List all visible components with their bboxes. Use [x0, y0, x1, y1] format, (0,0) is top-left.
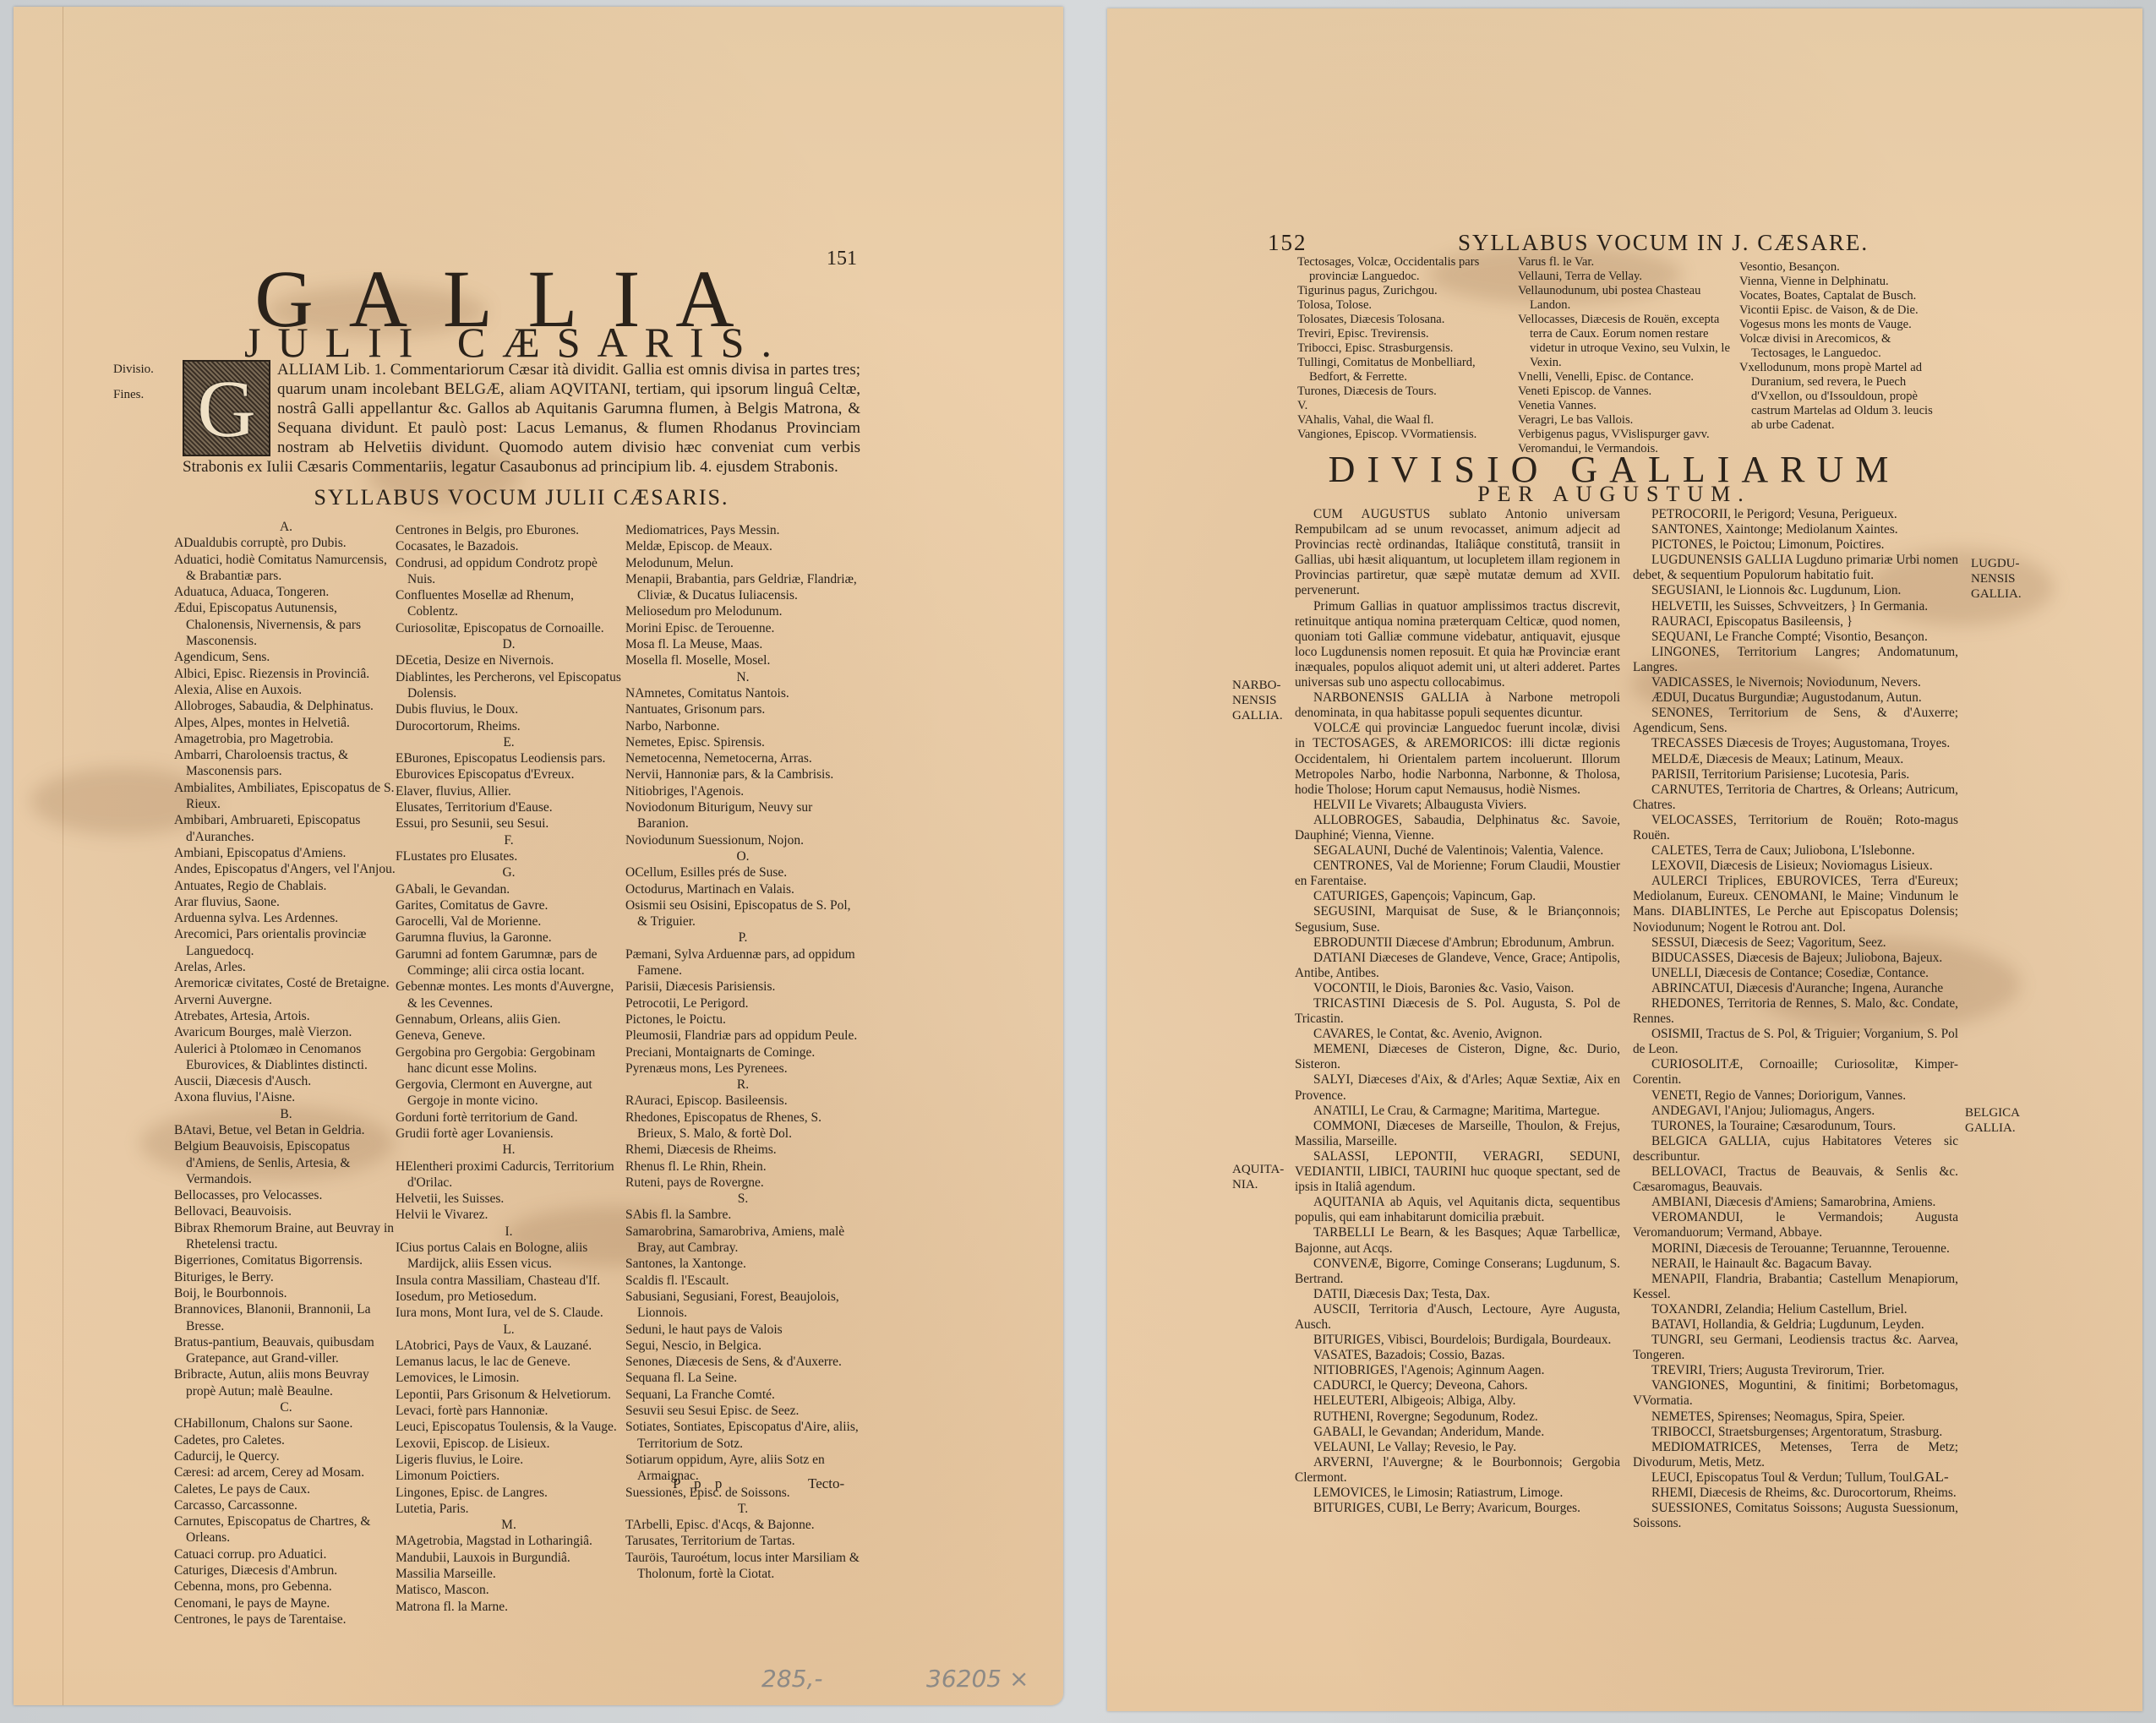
list-entry: RAuraci, Episcop. Basileensis.	[625, 1093, 860, 1109]
list-entry: SEQUANI, Le Franche Compté; Visontio, Be…	[1633, 630, 1958, 645]
list-entry: ADualdubis corruptè, pro Dubis.	[174, 535, 398, 551]
list-entry: VOCONTII, le Diois, Baronies &c. Vasio, …	[1295, 981, 1620, 996]
section-letter: F.	[396, 832, 622, 848]
list-entry: Veneti Episcop. de Vannes.	[1518, 384, 1733, 399]
list-entry: Grudii fortè ager Lovaniensis.	[396, 1126, 622, 1142]
list-entry: Menapii, Brabantia, pars Geldriæ, Flandr…	[625, 571, 860, 604]
list-entry: Cocasates, le Bazadois.	[396, 538, 622, 554]
list-entry: Massilia Marseille.	[396, 1566, 622, 1582]
list-entry: CURIOSOLITÆ, Cornoaille; Curiosolitæ, Ki…	[1633, 1057, 1958, 1088]
list-entry: Cenomani, le pays de Mayne.	[174, 1595, 398, 1611]
list-entry: Verbigenus pagus, VVislispurger gavv.	[1518, 428, 1733, 442]
list-entry: Garumna fluvius, la Garonne.	[396, 930, 622, 946]
list-entry: Gergobina pro Gergobia: Gergobinam hanc …	[396, 1044, 622, 1077]
list-entry: Mediomatrices, Pays Messin.	[625, 522, 860, 538]
list-entry: DEcetia, Desize en Nivernois.	[396, 652, 622, 668]
list-entry: MEDIOMATRICES, Metenses, Terra de Metz; …	[1633, 1440, 1958, 1470]
list-entry: Vogesus mons les monts de Vauge.	[1739, 318, 1946, 332]
list-entry: Lemovices, le Limosin.	[396, 1370, 622, 1386]
list-entry: ANDEGAVI, l'Anjou; Juliomagus, Angers.	[1633, 1104, 1958, 1119]
list-entry: GABALI, le Gevandan; Anderidum, Mande.	[1295, 1425, 1620, 1440]
list-entry: NERAII, le Hainault &c. Bagacum Bavay.	[1633, 1257, 1958, 1272]
list-entry: LEXOVII, Diæcesis de Lisieux; Noviomagus…	[1633, 859, 1958, 874]
page-number: 152	[1268, 230, 1307, 256]
list-entry: Belgium Beauvoisis, Episcopatus d'Amiens…	[174, 1138, 398, 1187]
list-entry: Pictones, le Poictu.	[625, 1011, 860, 1028]
list-entry: Caletes, Le pays de Caux.	[174, 1481, 398, 1497]
list-entry: CUM AUGUSTUS sublato Antonio universam R…	[1295, 507, 1620, 599]
list-entry: Bituriges, le Berry.	[174, 1269, 398, 1285]
list-entry: Pyrenæus mons, Les Pyrenees.	[625, 1061, 860, 1077]
pencil-inventory-note: 36205 ×	[926, 1665, 1029, 1693]
list-entry: Morini Episc. de Terouenne.	[625, 620, 860, 636]
list-entry: TREVIRI, Triers; Augusta Trevirorum, Tri…	[1633, 1363, 1958, 1378]
list-entry: Alpes, Alpes, montes in Helvetiâ.	[174, 715, 398, 731]
list-entry: Lemanus lacus, le lac de Geneve.	[396, 1354, 622, 1370]
list-entry: Matrona fl. la Marne.	[396, 1599, 622, 1615]
section-letter: L.	[396, 1322, 622, 1338]
list-entry: Arduenna sylva. Les Ardennes.	[174, 910, 398, 926]
section-subtitle: PER AUGUSTUM.	[1276, 482, 1952, 507]
list-entry: Garites, Comitatus de Gavre.	[396, 897, 622, 913]
list-entry: Atrebates, Artesia, Artois.	[174, 1008, 398, 1024]
list-entry: TRECASSES Diæcesis de Troyes; Augustoman…	[1633, 736, 1958, 751]
list-entry: Bribracte, Autun, aliis mons Beuvray pro…	[174, 1366, 398, 1399]
list-entry: Vellaunodunum, ubi postea Chasteau Lando…	[1518, 284, 1733, 313]
list-entry: Nantuates, Grisonum pars.	[625, 701, 860, 717]
list-entry: CADURCI, le Quercy; Deveona, Cahors.	[1295, 1378, 1620, 1393]
list-entry: Limonum Poictiers.	[396, 1468, 622, 1484]
list-entry: Ambiani, Episcopatus d'Amiens.	[174, 845, 398, 861]
list-entry: VELOCASSES, Territorium de Rouën; Roto-m…	[1633, 813, 1958, 843]
list-entry: Cæresi: ad arcem, Cerey ad Mosam.	[174, 1464, 398, 1480]
list-entry: Bigerriones, Comitatus Bigorrensis.	[174, 1252, 398, 1268]
list-entry: Octodurus, Martinach en Valais.	[625, 881, 860, 897]
list-entry: CONVENÆ, Bigorre, Cominge Conserans; Lug…	[1295, 1257, 1620, 1287]
list-entry: Mosella fl. Moselle, Mosel.	[625, 652, 860, 668]
list-entry: Aulerici à Ptolomæo in Cenomanos Eburovi…	[174, 1041, 398, 1074]
section-letter: T.	[625, 1501, 860, 1517]
list-entry: Allobroges, Sabaudia, & Delphinatus.	[174, 698, 398, 714]
list-entry: Alexia, Alise en Auxois.	[174, 682, 398, 698]
list-entry: SALYI, Diæceses d'Aix, & d'Arles; Aquæ S…	[1295, 1072, 1620, 1103]
list-entry: Rhedones, Episcopatus de Rhenes, S. Brie…	[625, 1110, 860, 1142]
pencil-price-note: 285,-	[761, 1665, 822, 1693]
list-entry: V.	[1297, 399, 1504, 413]
list-entry: Ambarri, Charoloensis tractus, & Mascone…	[174, 747, 398, 780]
section-letter: G.	[396, 864, 622, 881]
list-entry: HElentheri proximi Cadurcis, Territorium…	[396, 1159, 622, 1191]
list-entry: BIDUCASSES, Diæcesis de Bajeux; Juliobon…	[1633, 951, 1958, 966]
list-entry: MEMENI, Diæceses de Cisteron, Digne, &c.…	[1295, 1042, 1620, 1072]
list-entry: Lexovii, Episcop. de Lisieux.	[396, 1436, 622, 1452]
list-entry: TARBELLI Le Bearn, & les Basques; Aquæ T…	[1295, 1225, 1620, 1256]
list-entry: Geneva, Geneve.	[396, 1028, 622, 1044]
list-entry: VENETI, Regio de Vannes; Doriorigum, Van…	[1633, 1088, 1958, 1104]
list-entry: Mosa fl. La Meuse, Maas.	[625, 636, 860, 652]
list-entry: Condrusi, ad oppidum Condrotz propè Nuis…	[396, 555, 622, 588]
list-entry: NEMETES, Spirenses; Neomagus, Spira, Spe…	[1633, 1409, 1958, 1425]
list-entry: Gergovia, Clermont en Auvergne, aut Gerg…	[396, 1077, 622, 1110]
list-entry: RUTHENI, Rovergne; Segodunum, Rodez.	[1295, 1409, 1620, 1425]
list-entry: Sequana fl. La Seine.	[625, 1370, 860, 1386]
list-entry: AULERCI Triplices, EBUROVICES, Terra d'E…	[1633, 874, 1958, 935]
list-entry: Tullingi, Comitatus de Monbelliard, Bedf…	[1297, 356, 1504, 384]
list-entry: DATII, Diæcesis Dax; Testa, Dax.	[1295, 1287, 1620, 1302]
list-entry: Veragri, Le bas Vallois.	[1518, 413, 1733, 428]
list-entry: Nervii, Hannoniæ pars, & la Cambrisis.	[625, 766, 860, 782]
list-entry: Arar fluvius, Saone.	[174, 894, 398, 910]
list-entry: Venetia Vannes.	[1518, 399, 1733, 413]
list-entry: Ligeris fluvius, le Loire.	[396, 1452, 622, 1468]
list-entry: CAVARES, le Contat, &c. Avenio, Avignon.	[1295, 1027, 1620, 1042]
list-entry: Nemetocenna, Nemetocerna, Arras.	[625, 750, 860, 766]
section-letter: H.	[396, 1142, 622, 1158]
list-entry: Lingones, Episc. de Langres.	[396, 1485, 622, 1501]
list-entry: Helvii le Vivarez.	[396, 1207, 622, 1223]
list-entry: Dubis fluvius, le Doux.	[396, 701, 622, 717]
list-entry: Carnutes, Episcopatus de Chartres, & Orl…	[174, 1513, 398, 1546]
list-entry: Agendicum, Sens.	[174, 649, 398, 665]
list-entry: ABRINCATUI, Diæcesis d'Auranche; Ingena,…	[1633, 981, 1958, 996]
section-letter: I.	[396, 1224, 622, 1240]
list-entry: PICTONES, le Poictou; Limonum, Poictires…	[1633, 537, 1958, 553]
list-entry: Bibrax Rhemorum Braine, aut Beuvray in R…	[174, 1220, 398, 1253]
list-entry: Samarobrina, Samarobriva, Amiens, malè B…	[625, 1224, 860, 1257]
list-entry: MELDÆ, Diæcesis de Meaux; Latinum, Meaux…	[1633, 752, 1958, 767]
list-entry: Amagetrobia, pro Magetrobia.	[174, 731, 398, 747]
list-entry: TArbelli, Episc. d'Acqs, & Bajonne.	[625, 1517, 860, 1533]
list-entry: LEMOVICES, le Limosin; Ratiastrum, Limog…	[1295, 1486, 1620, 1501]
list-entry: Segui, Nescio, in Belgica.	[625, 1338, 860, 1354]
list-entry: SESSUI, Diæcesis de Seez; Vagoritum, See…	[1633, 935, 1958, 951]
list-entry: SEGALAUNI, Duché de Valentinois; Valenti…	[1295, 843, 1620, 859]
list-entry: FLustates pro Elusates.	[396, 848, 622, 864]
list-entry: Rhemi, Diæcesis de Rheims.	[625, 1142, 860, 1158]
right-page: 152 SYLLABUS VOCUM IN J. CÆSARE. Tectosa…	[1107, 8, 2142, 1711]
list-entry: CATURIGES, Gapençois; Vapincum, Gap.	[1295, 889, 1620, 904]
list-entry: AUSCII, Territoria d'Ausch, Lectoure, Ay…	[1295, 1302, 1620, 1333]
division-column-left: CUM AUGUSTUS sublato Antonio universam R…	[1295, 507, 1620, 1516]
list-entry: BATAVI, Hollandia, & Geldria; Lugdunum, …	[1633, 1317, 1958, 1333]
list-entry: Gebennæ montes. Les monts d'Auvergne, & …	[396, 979, 622, 1011]
list-entry: Vicontii Episc. de Vaison, & de Die.	[1739, 303, 1946, 318]
list-entry: Centrones, le pays de Tarentaise.	[174, 1611, 398, 1628]
list-entry: NARBONENSIS GALLIA à Narbone metropoli d…	[1295, 690, 1620, 721]
list-entry: Garumni ad fontem Garumnæ, pars de Commi…	[396, 946, 622, 979]
list-entry: Helvetii, les Suisses.	[396, 1191, 622, 1207]
list-entry: Insula contra Massiliam, Chasteau d'If.	[396, 1273, 622, 1289]
list-entry: BAtavi, Betue, vel Betan in Geldria.	[174, 1122, 398, 1138]
list-entry: Osismii seu Osisini, Episcopatus de S. P…	[625, 897, 860, 930]
list-entry: Boij, le Bourbonnois.	[174, 1285, 398, 1301]
list-entry: Preciani, Montaignarts de Cominge.	[625, 1044, 860, 1061]
list-entry: VEROMANDUI, le Vermandois; Augusta Verom…	[1633, 1210, 1958, 1240]
list-entry: Mandubii, Lauxois in Burgundiâ.	[396, 1550, 622, 1566]
list-entry: Varus fl. le Var.	[1518, 255, 1733, 270]
list-entry: Aremoricæ civitates, Costé de Bretaigne.	[174, 975, 398, 991]
left-page: 151 GALLIA JULII CÆSARIS. Divisio. Fines…	[14, 7, 1063, 1705]
list-entry: Eburovices Episcopatus d'Evreux.	[396, 766, 622, 782]
list-entry: Curiosolitæ, Episcopatus de Cornoaille.	[396, 620, 622, 636]
list-entry: VANGIONES, Moguntini, & finitimi; Borbet…	[1633, 1378, 1958, 1409]
list-entry: HELVETII, les Suisses, Schvveitzers, } I…	[1633, 599, 1958, 614]
list-entry: Senones, Diæcesis de Sens, & d'Auxerre.	[625, 1354, 860, 1370]
list-entry: Vienna, Vienne in Delphinatu.	[1739, 275, 1946, 289]
list-entry: Seduni, le haut pays de Valois	[625, 1322, 860, 1338]
list-entry: BELGICA GALLIA, cujus Habitatores Vetere…	[1633, 1134, 1958, 1164]
list-entry: Sotiates, Sontiates, Episcopatus d'Aire,…	[625, 1419, 860, 1452]
list-entry: Noviodunum Suessionum, Nojon.	[625, 832, 860, 848]
list-entry: Matisco, Mascon.	[396, 1582, 622, 1598]
list-entry: CARNUTES, Territoria de Chartres, & Orle…	[1633, 782, 1958, 813]
catchword: GAL-	[1914, 1469, 1949, 1486]
syllabus-column-v1: Varus fl. le Var.Vellauni, Terra de Vell…	[1518, 255, 1733, 456]
list-entry: RHEMI, Diæcesis de Rheims, &c. Durocorto…	[1633, 1486, 1958, 1501]
list-entry: Aduatuca, Aduaca, Tongeren.	[174, 584, 398, 600]
list-entry: Nitiobriges, l'Agenois.	[625, 783, 860, 799]
list-entry: DATIANI Diæceses de Glandeve, Vence, Gra…	[1295, 951, 1620, 981]
list-entry: Primum Gallias in quatuor amplissimos tr…	[1295, 599, 1620, 691]
syllabus-column-t: Tectosages, Volcæ, Occidentalis pars pro…	[1297, 255, 1504, 442]
margin-note-divisio: Divisio.	[113, 362, 154, 377]
list-entry: Rhenus fl. Le Rhin, Rhein.	[625, 1159, 860, 1175]
running-head: SYLLABUS VOCUM IN J. CÆSARE.	[1458, 230, 1869, 256]
list-entry: Vellauni, Terra de Vellay.	[1518, 270, 1733, 284]
list-entry: Noviodonum Biturigum, Neuvy sur Baranion…	[625, 799, 860, 832]
list-entry: Leuci, Episcopatus Toulensis, & la Vauge…	[396, 1419, 622, 1435]
list-entry: NITIOBRIGES, l'Agenois; Aginnum Aagen.	[1295, 1363, 1620, 1378]
syllabus-column-2: Centrones in Belgis, pro Eburones.Cocasa…	[396, 522, 622, 1615]
list-entry: LAtobrici, Pays de Vaux, & Lauzané.	[396, 1338, 622, 1354]
list-entry: Bellovaci, Beauvoisis.	[174, 1203, 398, 1219]
list-entry: SAbis fl. la Sambre.	[625, 1207, 860, 1223]
list-entry: Carcasso, Carcassonne.	[174, 1497, 398, 1513]
list-entry: Levaci, fortè pars Hannoniæ.	[396, 1403, 622, 1419]
section-letter: E.	[396, 734, 622, 750]
list-entry: Diablintes, les Percherons, vel Episcopa…	[396, 669, 622, 702]
list-entry: BITURIGES, Vibisci, Bourdelois; Burdigal…	[1295, 1333, 1620, 1348]
section-letter: B.	[174, 1106, 398, 1122]
signature-mark: P p p	[673, 1475, 727, 1492]
list-entry: SALASSI, LEPONTII, VERAGRI, SEDUNI, VEDI…	[1295, 1149, 1620, 1195]
list-entry: EBRODUNTII Diæcese d'Ambrun; Ebrodunum, …	[1295, 935, 1620, 951]
list-entry: CHabillonum, Chalons sur Saone.	[174, 1415, 398, 1431]
list-entry: Sesuvii seu Sesui Episc. de Seez.	[625, 1403, 860, 1419]
section-letter: M.	[396, 1517, 622, 1533]
list-entry: Tectosages, Volcæ, Occidentalis pars pro…	[1297, 255, 1504, 284]
list-entry: SUESSIONES, Comitatus Soissons; Augusta …	[1633, 1501, 1958, 1531]
list-entry: MORINI, Diæcesis de Terouanne; Teruannne…	[1633, 1241, 1958, 1257]
catchword: Tecto-	[808, 1475, 844, 1492]
list-entry: Santones, la Xantonge.	[625, 1256, 860, 1272]
list-entry: Iura mons, Mont Iura, vel de S. Claude.	[396, 1305, 622, 1321]
list-entry: Ædui, Episcopatus Autunensis, Chalonensi…	[174, 600, 398, 649]
list-entry: Centrones in Belgis, pro Eburones.	[396, 522, 622, 538]
list-entry: ANATILI, Le Crau, & Carmagne; Maritima, …	[1295, 1104, 1620, 1119]
list-entry: Aduatici, hodiè Comitatus Namurcensis, &…	[174, 552, 398, 585]
margin-note-lugdunensis: LUGDU-NENSIS GALLIA.	[1971, 556, 2030, 602]
list-entry: Cadurcij, le Quercy.	[174, 1448, 398, 1464]
list-entry: Narbo, Narbonne.	[625, 718, 860, 734]
list-entry: GAbali, le Gevandan.	[396, 881, 622, 897]
list-entry: Meliosedum pro Melodunum.	[625, 603, 860, 619]
list-entry: BITURIGES, CUBI, Le Berry; Avaricum, Bou…	[1295, 1501, 1620, 1516]
list-entry: Petrocotii, Le Perigord.	[625, 995, 860, 1011]
list-entry: Arelas, Arles.	[174, 959, 398, 975]
list-entry: ÆDUI, Ducatus Burgundiæ; Augustodanum, A…	[1633, 690, 1958, 706]
list-entry: Albici, Episc. Riezensis in Provinciâ.	[174, 666, 398, 682]
list-entry: LINGONES, Territorium Langres; Andomatun…	[1633, 645, 1958, 675]
list-entry: Bellocasses, pro Velocasses.	[174, 1187, 398, 1203]
list-entry: HELVII Le Vivarets; Albaugusta Viviers.	[1295, 798, 1620, 813]
list-entry: UNELLI, Diæcesis de Contance; Cosediæ, C…	[1633, 966, 1958, 981]
margin-note-fines: Fines.	[113, 387, 144, 402]
list-entry: Volcæ divisi in Arecomicos, & Tectosages…	[1739, 332, 1946, 361]
list-entry: Elaver, fluvius, Allier.	[396, 783, 622, 799]
list-entry: Ambialites, Ambiliates, Episcopatus de S…	[174, 780, 398, 813]
list-entry: Vangiones, Episcop. VVormatiensis.	[1297, 428, 1504, 442]
list-entry: Cadetes, pro Caletes.	[174, 1432, 398, 1448]
list-entry: Lepontii, Pars Grisonum & Helvetiorum.	[396, 1387, 622, 1403]
list-entry: Sabusiani, Segusiani, Forest, Beaujolois…	[625, 1289, 860, 1322]
section-letter: S.	[625, 1191, 860, 1207]
section-letter: O.	[625, 848, 860, 864]
decorated-initial: G	[183, 360, 270, 456]
list-entry: Meldæ, Episcop. de Meaux.	[625, 538, 860, 554]
margin-note-belgica: BELGICA GALLIA.	[1965, 1105, 2024, 1136]
margin-note-narbonensis: NARBO-NENSIS GALLIA.	[1232, 678, 1291, 723]
list-entry: TURONES, la Touraine; Cæsarodunum, Tours…	[1633, 1119, 1958, 1134]
list-entry: Treviri, Episc. Trevirensis.	[1297, 327, 1504, 341]
list-entry: VOLCÆ qui provinciæ Languedoc fuerunt in…	[1295, 721, 1620, 797]
list-entry: ICius portus Calais en Bologne, aliis Ma…	[396, 1240, 622, 1273]
list-entry: TRICASTINI Diæcesis de S. Pol. Augusta, …	[1295, 996, 1620, 1027]
list-entry: Tarusates, Territorium de Tartas.	[625, 1533, 860, 1549]
list-entry: Arecomici, Pars orientalis provinciæ Lan…	[174, 926, 398, 959]
list-entry: OSISMII, Tractus de S. Pol, & Triguier; …	[1633, 1027, 1958, 1057]
list-entry: Melodunum, Melun.	[625, 555, 860, 571]
list-entry: MENAPII, Flandria, Brabantia; Castellum …	[1633, 1272, 1958, 1302]
list-entry: VAhalis, Vahal, die Waal fl.	[1297, 413, 1504, 428]
list-entry: Caturiges, Diæcesis d'Ambrun.	[174, 1562, 398, 1579]
syllabus-column-v2: Vesontio, Besançon.Vienna, Vienne in Del…	[1739, 260, 1946, 433]
list-entry: CALETES, Terra de Caux; Juliobona, L'Isl…	[1633, 843, 1958, 859]
list-entry: AQUITANIA ab Aquis, vel Aquitanis dicta,…	[1295, 1195, 1620, 1225]
list-entry: Gennabum, Orleans, aliis Gien.	[396, 1011, 622, 1028]
list-entry: Auscii, Diæcesis d'Ausch.	[174, 1073, 398, 1089]
section-letter: N.	[625, 669, 860, 685]
list-entry: OCellum, Esilles prés de Suse.	[625, 864, 860, 881]
list-entry: Pæmani, Sylva Arduennæ pars, ad oppidum …	[625, 946, 860, 979]
list-entry: TUNGRI, seu Germani, Leodiensis tractus …	[1633, 1333, 1958, 1363]
list-entry: LUGDUNENSIS GALLIA Lugduno primariæ Urbi…	[1633, 553, 1958, 583]
section-letter: C.	[174, 1399, 398, 1415]
list-entry: Arverni Auvergne.	[174, 992, 398, 1008]
list-entry: Turones, Diæcesis de Tours.	[1297, 384, 1504, 399]
intro-paragraph: G ALLIAM Lib. 1. Commentariorum Cæsar it…	[183, 360, 860, 477]
list-entry: Tolosa, Tolose.	[1297, 298, 1504, 313]
list-entry: Nemetes, Episc. Spirensis.	[625, 734, 860, 750]
list-entry: Confluentes Mosellæ ad Rhenum, Coblentz.	[396, 587, 622, 620]
list-entry: VADICASSES, le Nivernois; Noviodunum, Ne…	[1633, 675, 1958, 690]
list-entry: Avaricum Bourges, malè Vierzon.	[174, 1024, 398, 1040]
section-heading: SYLLABUS VOCUM JULII CÆSARIS.	[183, 485, 860, 510]
list-entry: Vesontio, Besançon.	[1739, 260, 1946, 275]
list-entry: COMMONI, Diæceses de Marseille, Thoulon,…	[1295, 1119, 1620, 1149]
list-entry: Bratus-pantium, Beauvais, quibusdam Grat…	[174, 1334, 398, 1367]
list-entry: Lutetia, Paris.	[396, 1501, 622, 1517]
list-entry: Gorduni fortè territorium de Gand.	[396, 1110, 622, 1126]
list-entry: Elusates, Territorium d'Eause.	[396, 799, 622, 815]
list-entry: Axona fluvius, l'Aisne.	[174, 1089, 398, 1105]
syllabus-column-1: A.ADualdubis corruptè, pro Dubis.Aduatic…	[174, 519, 398, 1628]
list-entry: EBurones, Episcopatus Leodiensis pars.	[396, 750, 622, 766]
list-entry: Catuaci corrup. pro Aduatici.	[174, 1546, 398, 1562]
list-entry: Ambibari, Ambruareti, Episcopatus d'Aura…	[174, 812, 398, 845]
list-entry: HELEUTERI, Albigeois; Albiga, Alby.	[1295, 1393, 1620, 1409]
list-entry: Vocates, Boates, Captalat de Busch.	[1739, 289, 1946, 303]
list-entry: SENONES, Territorium de Sens, & d'Auxerr…	[1633, 706, 1958, 736]
section-letter: P.	[625, 930, 860, 946]
list-entry: Garocelli, Val de Morienne.	[396, 913, 622, 930]
list-entry: CENTRONES, Val de Morienne; Forum Claudi…	[1295, 859, 1620, 889]
list-entry: ARVERNI, l'Auvergne; & le Bourbonnois; G…	[1295, 1455, 1620, 1486]
list-entry: Parisii, Diæcesis Parisiensis.	[625, 979, 860, 995]
list-entry: Cebenna, mons, pro Gebenna.	[174, 1579, 398, 1595]
list-entry: TOXANDRI, Zelandia; Helium Castellum, Br…	[1633, 1302, 1958, 1317]
list-entry: RHEDONES, Territoria de Rennes, S. Malo,…	[1633, 996, 1958, 1027]
list-entry: Tigurinus pagus, Zurichgou.	[1297, 284, 1504, 298]
intro-text: ALLIAM Lib. 1. Commentariorum Cæsar ità …	[183, 361, 860, 476]
list-entry: Ruteni, pays de Rovergne.	[625, 1175, 860, 1191]
list-entry: Iosedum, pro Metiosedum.	[396, 1289, 622, 1305]
section-letter: D.	[396, 636, 622, 652]
list-entry: TRIBOCCI, Straetsburgenses; Argentoratum…	[1633, 1425, 1958, 1440]
list-entry: RAURACI, Episcopatus Basileensis, }	[1633, 614, 1958, 630]
list-entry: Andes, Episcopatus d'Angers, vel l'Anjou…	[174, 861, 398, 877]
list-entry: Vxellodunum, mons propè Martel ad Durani…	[1739, 361, 1946, 433]
list-entry: LEUCI, Episcopatus Toul & Verdun; Tullum…	[1633, 1470, 1958, 1486]
list-entry: Sequani, La Franche Comté.	[625, 1387, 860, 1403]
margin-note-aquitania: AQUITA-NIA.	[1232, 1162, 1291, 1192]
list-entry: Brannovices, Blanonii, Brannonii, La Bre…	[174, 1301, 398, 1334]
list-entry: Antuates, Regio de Chablais.	[174, 878, 398, 894]
list-entry: NAmnetes, Comitatus Nantois.	[625, 685, 860, 701]
section-letter: A.	[174, 519, 398, 535]
list-entry: SEGUSIANI, le Lionnois &c. Lugdunum, Lio…	[1633, 583, 1958, 598]
list-entry: MAgetrobia, Magstad in Lotharingiâ.	[396, 1533, 622, 1549]
syllabus-column-3: Mediomatrices, Pays Messin.Meldæ, Episco…	[625, 522, 860, 1582]
list-entry: Essui, pro Sesunii, seu Sesui.	[396, 815, 622, 832]
list-entry: BELLOVACI, Tractus de Beauvais, & Senlis…	[1633, 1164, 1958, 1195]
division-column-right: PETROCORII, le Perigord; Vesuna, Perigue…	[1633, 507, 1958, 1531]
list-entry: Tribocci, Episc. Strasburgensis.	[1297, 341, 1504, 356]
list-entry: VELAUNI, Le Vallay; Revesio, le Pay.	[1295, 1440, 1620, 1455]
list-entry: Vellocasses, Diæcesis de Rouën, excepta …	[1518, 313, 1733, 370]
list-entry: AMBIANI, Diæcesis d'Amiens; Samarobrina,…	[1633, 1195, 1958, 1210]
list-entry: PARISII, Territorium Parisiense; Lucotes…	[1633, 767, 1958, 782]
list-entry: Vnelli, Venelli, Episc. de Contance.	[1518, 370, 1733, 384]
list-entry: Durocortorum, Rheims.	[396, 718, 622, 734]
list-entry: Tolosates, Diæcesis Tolosana.	[1297, 313, 1504, 327]
section-letter: R.	[625, 1077, 860, 1093]
list-entry: PETROCORII, le Perigord; Vesuna, Perigue…	[1633, 507, 1958, 522]
list-entry: Pleumosii, Flandriæ pars ad oppidum Peul…	[625, 1028, 860, 1044]
list-entry: SEGUSINI, Marquisat de Suse, & le Brianç…	[1295, 904, 1620, 935]
list-entry: Scaldis fl. l'Escault.	[625, 1273, 860, 1289]
list-entry: ALLOBROGES, Sabaudia, Delphinatus &c. Sa…	[1295, 813, 1620, 843]
